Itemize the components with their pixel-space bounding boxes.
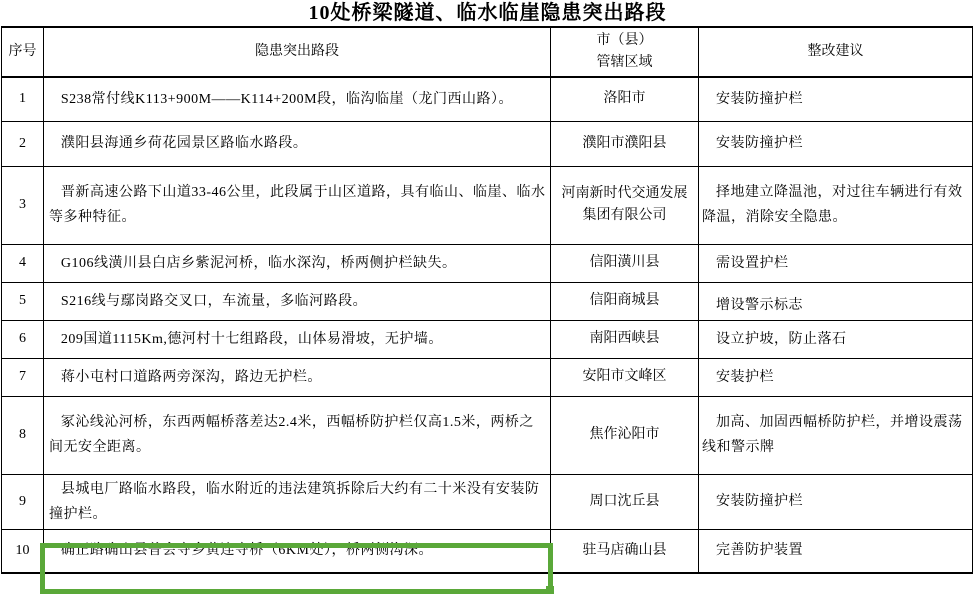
- cell-section: 209国道1115Km,德河村十七组路段，山体易滑坡，无护墙。: [44, 320, 551, 358]
- cell-region: 信阳商城县: [551, 282, 699, 320]
- cell-region: 河南新时代交通发展集团有限公司: [551, 166, 699, 244]
- table-row: 5 S216线与鄢岗路交叉口，车流量，多临河路段。 信阳商城县 增设警示标志: [2, 282, 973, 320]
- table-row: 2 濮阳县海通乡荷花园景区路临水路段。 濮阳市濮阳县 安装防撞护栏: [2, 121, 973, 166]
- cell-region: 南阳西峡县: [551, 320, 699, 358]
- header-index: 序号: [2, 27, 44, 77]
- table-row: 9 县城电厂路临水路段，临水附近的违法建筑拆除后大约有二十米没有安装防撞护栏。 …: [2, 474, 973, 529]
- header-section: 隐患突出路段: [44, 27, 551, 77]
- cell-suggestion: 增设警示标志: [699, 282, 973, 320]
- cell-section: 冢沁线沁河桥，东西两幅桥落差达2.4米，西幅桥防护栏仅高1.5米，两桥之间无安全…: [44, 396, 551, 474]
- table-row: 8 冢沁线沁河桥，东西两幅桥落差达2.4米，西幅桥防护栏仅高1.5米，两桥之间无…: [2, 396, 973, 474]
- cell-suggestion: 完善防护装置: [699, 529, 973, 573]
- header-suggestion: 整改建议: [699, 27, 973, 77]
- cell-index: 3: [2, 166, 44, 244]
- cell-section: S216线与鄢岗路交叉口，车流量，多临河路段。: [44, 282, 551, 320]
- cell-region: 信阳潢川县: [551, 244, 699, 282]
- cell-suggestion: 择地建立降温池，对过往车辆进行有效降温，消除安全隐患。: [699, 166, 973, 244]
- table-row: 6 209国道1115Km,德河村十七组路段，山体易滑坡，无护墙。 南阳西峡县 …: [2, 320, 973, 358]
- cell-index: 1: [2, 77, 44, 121]
- cell-suggestion: 安装护栏: [699, 358, 973, 396]
- cell-region: 洛阳市: [551, 77, 699, 121]
- cell-index: 7: [2, 358, 44, 396]
- cell-suggestion: 安装防撞护栏: [699, 474, 973, 529]
- hazard-table: 序号 隐患突出路段 市（县） 管辖区域 整改建议 1 S238常付线K113+9…: [1, 26, 973, 574]
- table-row: 4 G106线潢川县白店乡紫泥河桥，临水深沟，桥两侧护栏缺失。 信阳潢川县 需设…: [2, 244, 973, 282]
- cell-index: 10: [2, 529, 44, 573]
- cell-section: G106线潢川县白店乡紫泥河桥，临水深沟，桥两侧护栏缺失。: [44, 244, 551, 282]
- table-header-row: 序号 隐患突出路段 市（县） 管辖区域 整改建议: [2, 27, 973, 77]
- cell-region: 周口沈丘县: [551, 474, 699, 529]
- cell-suggestion: 安装防撞护栏: [699, 121, 973, 166]
- cell-section: 蒋小屯村口道路两旁深沟，路边无护栏。: [44, 358, 551, 396]
- cell-index: 4: [2, 244, 44, 282]
- cell-section-selected[interactable]: 确正路确山县普会寺乡黄连寺桥（6KM处），桥两侧沟深。: [44, 529, 551, 573]
- cell-section: 濮阳县海通乡荷花园景区路临水路段。: [44, 121, 551, 166]
- cell-region: 安阳市文峰区: [551, 358, 699, 396]
- cell-index: 9: [2, 474, 44, 529]
- table-row-highlighted: 10 确正路确山县普会寺乡黄连寺桥（6KM处），桥两侧沟深。 驻马店确山县 完善…: [2, 529, 973, 573]
- cell-index: 2: [2, 121, 44, 166]
- cell-index: 5: [2, 282, 44, 320]
- cell-region: 驻马店确山县: [551, 529, 699, 573]
- cell-suggestion: 需设置护栏: [699, 244, 973, 282]
- cell-region: 焦作沁阳市: [551, 396, 699, 474]
- table-row: 1 S238常付线K113+900M——K114+200M段，临沟临崖（龙门西山…: [2, 77, 973, 121]
- cell-region: 濮阳市濮阳县: [551, 121, 699, 166]
- header-region: 市（县） 管辖区域: [551, 27, 699, 77]
- header-region-line2: 管辖区域: [551, 52, 698, 74]
- document-page: 10处桥梁隧道、临水临崖隐患突出路段 序号 隐患突出路段 市（县） 管辖区域 整…: [0, 0, 975, 594]
- cell-suggestion: 加高、加固西幅桥防护栏，并增设震荡线和警示牌: [699, 396, 973, 474]
- cell-section: 县城电厂路临水路段，临水附近的违法建筑拆除后大约有二十米没有安装防撞护栏。: [44, 474, 551, 529]
- cell-suggestion: 安装防撞护栏: [699, 77, 973, 121]
- cell-index: 6: [2, 320, 44, 358]
- table-row: 7 蒋小屯村口道路两旁深沟，路边无护栏。 安阳市文峰区 安装护栏: [2, 358, 973, 396]
- cell-suggestion: 设立护坡，防止落石: [699, 320, 973, 358]
- page-title: 10处桥梁隧道、临水临崖隐患突出路段: [0, 0, 975, 26]
- cell-section: S238常付线K113+900M——K114+200M段，临沟临崖（龙门西山路）…: [44, 77, 551, 121]
- cell-section: 晋新高速公路下山道33-46公里，此段属于山区道路，具有临山、临崖、临水等多种特…: [44, 166, 551, 244]
- header-region-line1: 市（县）: [551, 30, 698, 52]
- table-row: 3 晋新高速公路下山道33-46公里，此段属于山区道路，具有临山、临崖、临水等多…: [2, 166, 973, 244]
- cell-index: 8: [2, 396, 44, 474]
- selection-fill-handle[interactable]: [546, 586, 554, 594]
